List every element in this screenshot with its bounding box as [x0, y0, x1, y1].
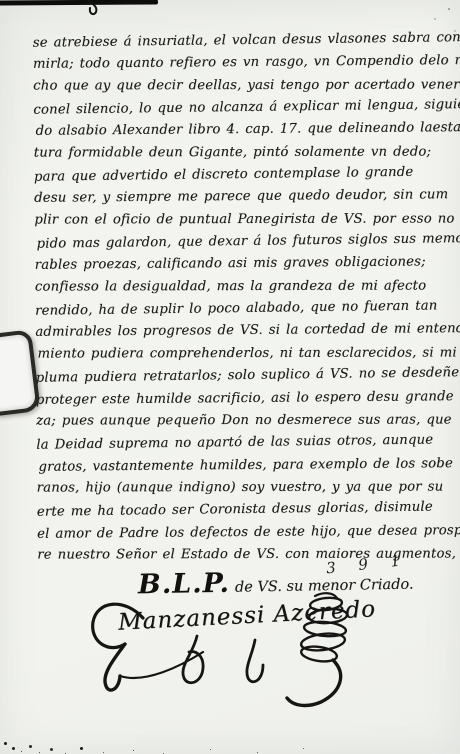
manuscript-line: proteger este humilde sacrificio, asi lo…: [36, 386, 448, 412]
manuscript-line: rables proezas, calificando asi mis grav…: [35, 252, 447, 278]
manuscript-line: mirla; todo quanto refiero es vn rasgo, …: [33, 51, 445, 77]
manuscript-lines: se atrebiese á insuriatla, el volcan des…: [33, 28, 450, 568]
manuscript-line: desu ser, y siempre me parece que quedo …: [34, 185, 446, 211]
scan-speckles-top-right: [448, 8, 450, 10]
manuscript-line: cho que ay que decir deellas, yasi tengo…: [33, 74, 445, 97]
manuscript-line: gratos, vastantemente humildes, para exe…: [38, 453, 448, 479]
manuscript-line: tura formidable deun Gigante, pintó sola…: [34, 141, 446, 164]
manuscript-scan-page: se atrebiese á insuriatla, el volcan des…: [0, 0, 460, 754]
signature-flourish-rubric: [85, 588, 370, 718]
manuscript-line: do alsabio Alexander libro 4. cap. 17. q…: [35, 118, 445, 144]
scan-speckles-bottom: [4, 742, 7, 745]
manuscript-line: admirables los progresos de VS. si la co…: [35, 319, 447, 345]
scan-edge-bar: [0, 0, 158, 6]
manuscript-line: el amor de Padre los defectos de este hi…: [37, 520, 449, 546]
scan-edge-squiggle: [82, 0, 106, 18]
